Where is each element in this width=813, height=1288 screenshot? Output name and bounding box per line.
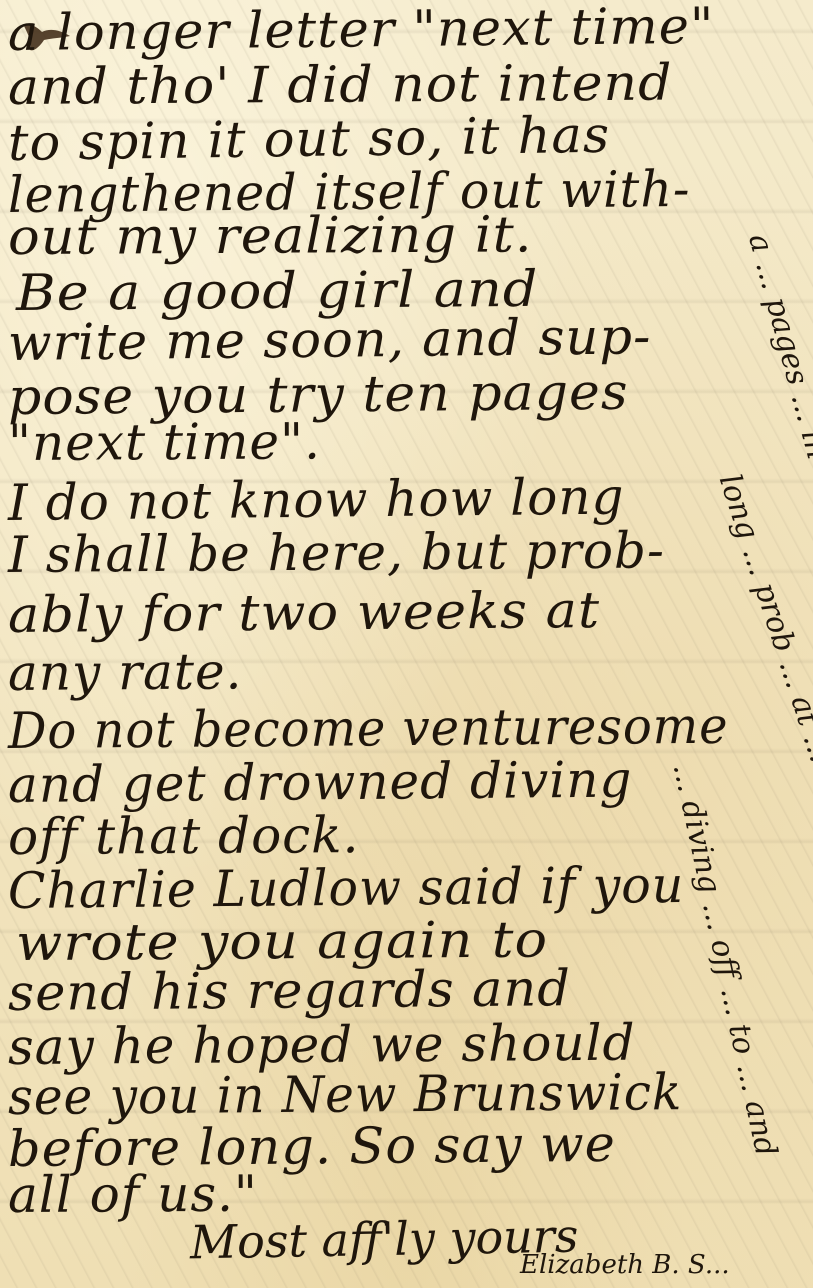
letter-line: Do not become venturesome	[8, 701, 729, 756]
signature: Elizabeth B. S...	[520, 1250, 730, 1280]
letter-line: and tho' I did not intend	[8, 58, 673, 112]
letter-line: I do not know how long	[8, 472, 625, 528]
letter-page: a longer letter "next time" and tho' I d…	[0, 0, 813, 1288]
letter-line: Charlie Ludlow said if you	[8, 860, 685, 916]
letter-line: to spin it out so, it has	[8, 110, 611, 168]
letter-line: "next time".	[8, 416, 321, 468]
letter-line: out my realizing it.	[8, 209, 533, 262]
letter-line: any rate.	[8, 646, 243, 698]
letter-line: a longer letter "next time"	[8, 1, 715, 58]
letter-line: send his regards and	[8, 963, 571, 1018]
margin-note: ... diving ... off ... to ... and	[666, 760, 784, 1159]
letter-line: all of us."	[8, 1169, 258, 1220]
margin-note: a ... pages ... in	[741, 230, 813, 463]
letter-line: off that dock.	[8, 810, 360, 862]
letter-line: see you in New Brunswick	[8, 1067, 683, 1122]
letter-line: ably for two weeks at	[8, 585, 601, 640]
letter-line: and get drowned diving	[8, 755, 633, 810]
letter-line: I shall be here, but prob-	[8, 525, 665, 580]
letter-line: write me soon, and sup-	[8, 311, 652, 368]
